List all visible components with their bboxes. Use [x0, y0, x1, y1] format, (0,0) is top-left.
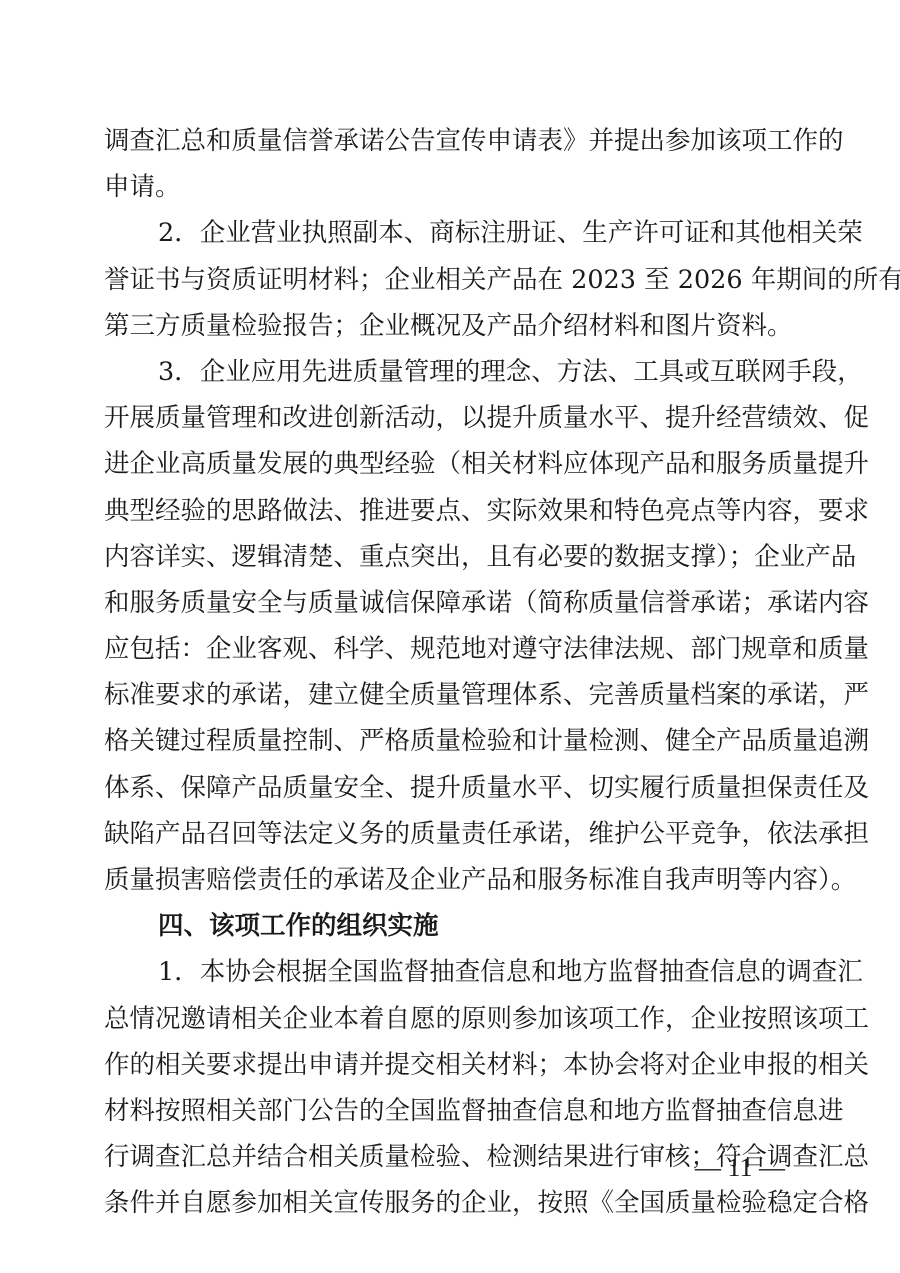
text-line: 体系、保障产品质量安全、提升质量水平、切实履行质量担保责任及 [104, 765, 802, 811]
text-line: 典型经验的思路做法、推进要点、实际效果和特色亮点等内容，要求 [104, 488, 802, 534]
text-line: 和服务质量安全与质量诚信保障承诺（简称质量信誉承诺；承诺内容 [104, 580, 802, 626]
list-item-1: 1．本协会根据全国监督抽查信息和地方监督抽查信息的调查汇 [104, 949, 802, 995]
text-line: 应包括：企业客观、科学、规范地对遵守法律法规、部门规章和质量 [104, 626, 802, 672]
text-line: 进企业高质量发展的典型经验（相关材料应体现产品和服务质量提升 [104, 441, 802, 487]
text-line: 开展质量管理和改进创新活动，以提升质量水平、提升经营绩效、促 [104, 395, 802, 441]
text-line: 缺陷产品召回等法定义务的质量责任承诺，维护公平竞争，依法承担 [104, 811, 802, 857]
text-line: 申请。 [104, 164, 802, 210]
text-line: 内容详实、逻辑清楚、重点突出，且有必要的数据支撑）；企业产品 [104, 534, 802, 580]
text-line: 材料按照相关部门公告的全国监督抽查信息和地方监督抽查信息进 [104, 1088, 802, 1134]
text-line: 第三方质量检验报告；企业概况及产品介绍材料和图片资料。 [104, 303, 802, 349]
text-line: 作的相关要求提出申请并提交相关材料；本协会将对企业申报的相关 [104, 1042, 802, 1088]
section-heading: 四、该项工作的组织实施 [104, 903, 802, 949]
text-line: 标准要求的承诺，建立健全质量管理体系、完善质量档案的承诺，严 [104, 672, 802, 718]
text-line: 格关键过程质量控制、严格质量检验和计量检测、健全产品质量追溯 [104, 718, 802, 764]
text-line: 总情况邀请相关企业本着自愿的原则参加该项工作，企业按照该项工 [104, 996, 802, 1042]
text-line: 调查汇总和质量信誉承诺公告宣传申请表》并提出参加该项工作的 [104, 118, 802, 164]
list-item-3: 3．企业应用先进质量管理的理念、方法、工具或互联网手段， [104, 349, 802, 395]
list-item-2: 2．企业营业执照副本、商标注册证、生产许可证和其他相关荣 [104, 210, 802, 256]
page-number: — 11 — [680, 1153, 800, 1183]
text-line: 质量损害赔偿责任的承诺及企业产品和服务标准自我声明等内容）。 [104, 857, 802, 903]
document-body: 调查汇总和质量信誉承诺公告宣传申请表》并提出参加该项工作的 申请。 2．企业营业… [104, 118, 802, 1227]
text-line: 条件并自愿参加相关宣传服务的企业，按照《全国质量检验稳定合格 [104, 1180, 802, 1226]
text-line: 誉证书与资质证明材料；企业相关产品在 2023 至 2026 年期间的所有 [104, 257, 802, 303]
